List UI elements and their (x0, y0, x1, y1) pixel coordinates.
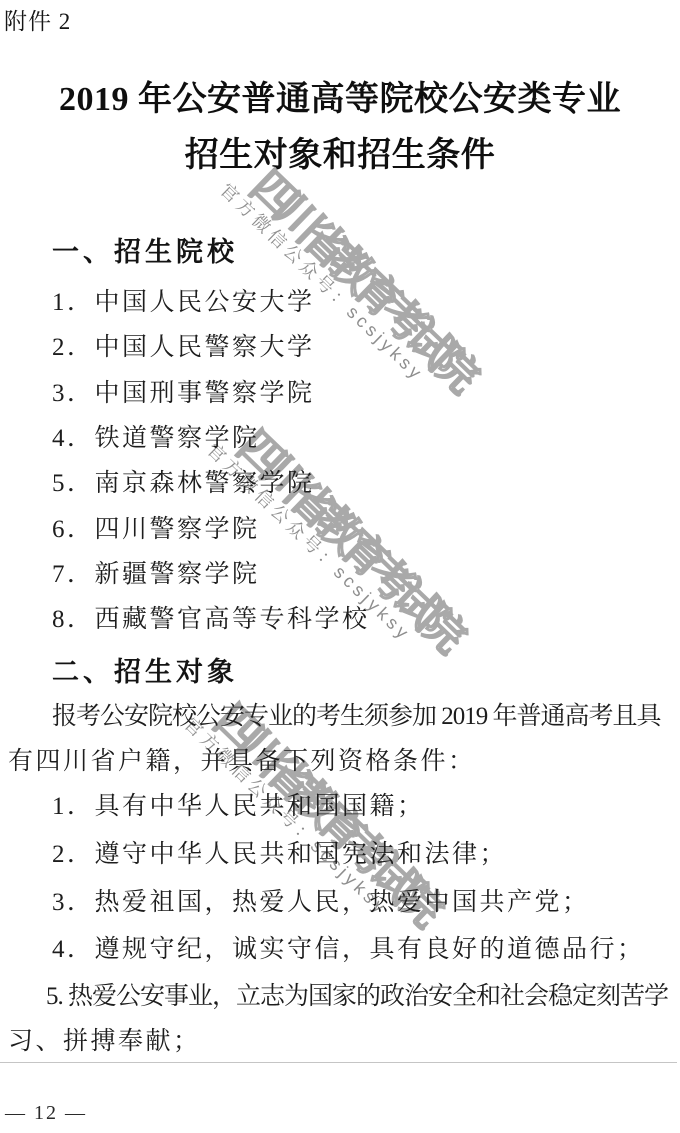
condition-item-3: 3．热爱祖国，热爱人民，热爱中国共产党； (52, 890, 590, 915)
school-item-5: 5．南京森林警察学院 (52, 471, 315, 496)
footer-rule (0, 1062, 677, 1063)
condition-item-2: 2．遵守中华人民共和国宪法和法律； (52, 842, 507, 867)
intro-line-2: 有四川省户籍，并具备下列资格条件： (8, 749, 476, 774)
school-item-4: 4．铁道警察学院 (52, 426, 260, 451)
doc-title-line1: 2019 年公安普通高等院校公安类专业 (0, 83, 680, 117)
condition-item-5-line1: 5. 热爱公安事业，立志为国家的政治安全和社会稳定刻苦学 (46, 984, 668, 1009)
school-item-3: 3．中国刑事警察学院 (52, 381, 315, 406)
school-item-6: 6．四川警察学院 (52, 517, 260, 542)
doc-title-line2: 招生对象和招生条件 (0, 139, 680, 173)
condition-item-4: 4．遵规守纪，诚实守信，具有良好的道德品行； (52, 937, 645, 962)
school-item-8: 8．西藏警官高等专科学校 (52, 607, 370, 632)
attachment-label: 附件 2 (4, 10, 71, 33)
school-item-1: 1．中国人民公安大学 (52, 290, 315, 315)
condition-item-5-line2: 习、拼搏奉献； (8, 1029, 201, 1054)
condition-item-1: 1．具有中华人民共和国国籍； (52, 794, 425, 819)
school-item-2: 2．中国人民警察大学 (52, 335, 315, 360)
section2-heading: 二、招生对象 (52, 659, 238, 686)
intro-line-1: 报考公安院校公安专业的考生须参加 2019 年普通高考且具 (52, 704, 661, 729)
page-number: — 12 — (5, 1103, 87, 1123)
section1-heading: 一、招生院校 (52, 239, 238, 266)
watermark: 四川省教育考试院 官方微信公众号：scsjyksy (231, 164, 480, 407)
school-item-7: 7．新疆警察学院 (52, 562, 260, 587)
